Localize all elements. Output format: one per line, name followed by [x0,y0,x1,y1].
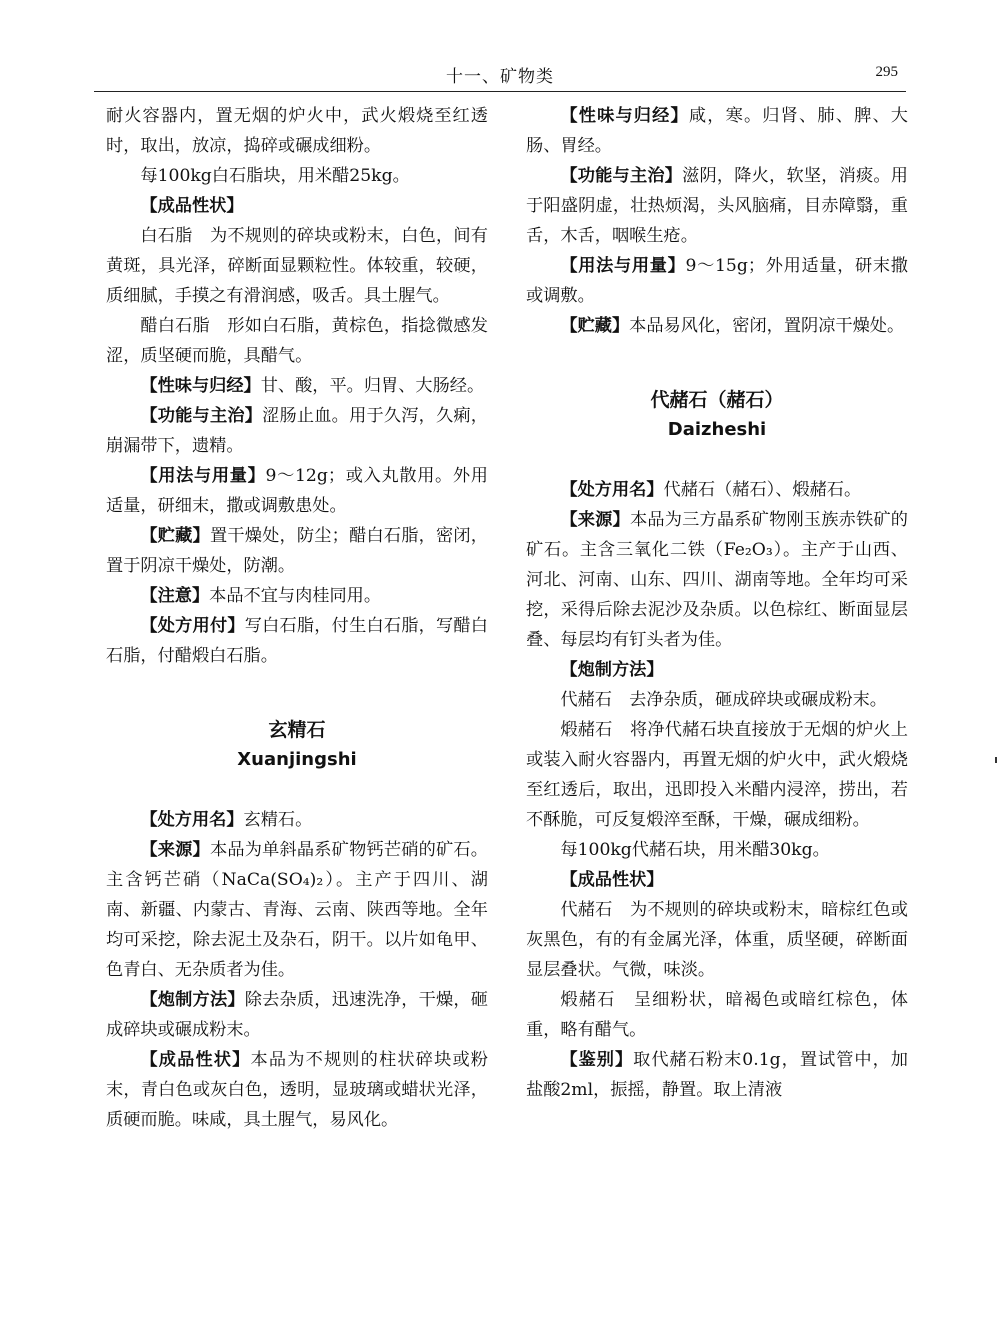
label: 【处方用付】 [140,616,244,636]
header-rule [94,91,906,92]
label: 【鉴别】 [560,1050,633,1070]
section-label: 【炮制方法】 [526,655,908,685]
label: 【处方用名】 [560,480,663,500]
running-head: 十一、矿物类 [100,62,900,87]
spacer [106,671,488,715]
paragraph: 【处方用名】代赭石（赭石）、煅赭石。 [526,475,908,505]
paragraph: 代赭石 去净杂质，砸成碎块或碾成粉末。 [526,685,908,715]
paragraph: 煅赭石 呈细粉状，暗褐色或暗红棕色，体重，略有醋气。 [526,985,908,1045]
text: 本品为三方晶系矿物刚玉族赤铁矿的矿石。主含三氧化二铁（Fe₂O₃）。主产于山西、… [526,510,908,650]
paragraph: 【注意】本品不宜与肉桂同用。 [106,581,488,611]
entry-pinyin: Xuanjingshi [106,745,488,775]
label: 【性味与归经】 [140,376,260,396]
paragraph: 【成品性状】本品为不规则的柱状碎块或粉末，青白色或灰白色，透明，显玻璃或蜡状光泽… [106,1045,488,1135]
right-column: 【性味与归经】咸，寒。归肾、肺、脾、大肠、胃经。 【功能与主治】滋阴，降火，软坚… [526,101,908,1105]
label: 【功能与主治】 [140,406,262,426]
spacer [526,445,908,475]
section-label: 【成品性状】 [106,191,488,221]
label: 【成品性状】 [140,1050,250,1070]
label: 【用法与用量】 [140,466,265,486]
label: 【性味与归经】 [560,106,689,126]
spacer [106,775,488,805]
label: 【来源】 [140,840,210,860]
paragraph: 【来源】本品为单斜晶系矿物钙芒硝的矿石。主含钙芒硝（NaCa(SO₄)₂）。主产… [106,835,488,985]
scan-edge-mark [995,757,997,763]
paragraph: 【功能与主治】滋阴，降火，软坚，消痰。用于阳盛阴虚，壮热烦渴，头风脑痛，目赤障翳… [526,161,908,251]
paragraph: 每100kg白石脂块，用米醋25kg。 [106,161,488,191]
label: 【成品性状】 [140,196,243,216]
text: 本品易风化，密闭，置阴凉干燥处。 [629,316,904,336]
section-label: 【成品性状】 [526,865,908,895]
entry-title: 玄精石 [106,715,488,745]
paragraph: 耐火容器内，置无烟的炉火中，武火煅烧至红透时，取出，放凉，捣碎或碾成细粉。 [106,101,488,161]
paragraph: 代赭石 为不规则的碎块或粉末，暗棕红色或灰黑色，有的有金属光泽，体重，质坚硬，碎… [526,895,908,985]
page-number: 295 [876,64,899,81]
label: 【注意】 [140,586,209,606]
paragraph: 【炮制方法】除去杂质，迅速洗净，干燥，砸成碎块或碾成粉末。 [106,985,488,1045]
entry-title: 代赭石（赭石） [526,385,908,415]
text: 代赭石（赭石）、煅赭石。 [664,480,862,500]
paragraph: 【鉴别】取代赭石粉末0.1g，置试管中，加盐酸2ml，振摇，静置。取上清液 [526,1045,908,1105]
paragraph: 【用法与用量】9～15g；外用适量，研末撒或调敷。 [526,251,908,311]
paragraph: 【性味与归经】咸，寒。归肾、肺、脾、大肠、胃经。 [526,101,908,161]
label: 【处方用名】 [140,810,243,830]
text: 甘、酸，平。归胃、大肠经。 [261,376,484,396]
label: 【炮制方法】 [560,660,663,680]
spacer [526,341,908,385]
paragraph: 【贮藏】本品易风化，密闭，置阴凉干燥处。 [526,311,908,341]
paragraph: 【性味与归经】甘、酸，平。归胃、大肠经。 [106,371,488,401]
label: 【功能与主治】 [560,166,682,186]
text: 本品不宜与肉桂同用。 [209,586,381,606]
left-column: 耐火容器内，置无烟的炉火中，武火煅烧至红透时，取出，放凉，捣碎或碾成细粉。 每1… [106,101,488,1135]
paragraph: 【来源】本品为三方晶系矿物刚玉族赤铁矿的矿石。主含三氧化二铁（Fe₂O₃）。主产… [526,505,908,655]
paragraph: 【处方用付】写白石脂，付生白石脂，写醋白石脂，付醋煅白石脂。 [106,611,488,671]
paragraph: 煅赭石 将净代赭石块直接放于无烟的炉火上或装入耐火容器内，再置无烟的炉火中，武火… [526,715,908,835]
paragraph: 【处方用名】玄精石。 [106,805,488,835]
paragraph: 【贮藏】置干燥处，防尘；醋白石脂，密闭，置于阴凉干燥处，防潮。 [106,521,488,581]
text: 玄精石。 [244,810,313,830]
text: 本品为单斜晶系矿物钙芒硝的矿石。主含钙芒硝（NaCa(SO₄)₂）。主产于四川、… [106,840,488,980]
label: 【用法与用量】 [560,256,685,276]
label: 【贮藏】 [140,526,210,546]
paragraph: 【用法与用量】9～12g；或入丸散用。外用适量，研细末，撒或调敷患处。 [106,461,488,521]
entry-pinyin: Daizheshi [526,415,908,445]
page-header: 十一、矿物类 295 [100,58,900,92]
label: 【贮藏】 [560,316,629,336]
paragraph: 白石脂 为不规则的碎块或粉末，白色，间有黄斑，具光泽，碎断面显颗粒性。体较重，较… [106,221,488,311]
paragraph: 每100kg代赭石块，用米醋30kg。 [526,835,908,865]
label: 【炮制方法】 [140,990,244,1010]
label: 【成品性状】 [560,870,663,890]
paragraph: 醋白石脂 形如白石脂，黄棕色，指捻微感发涩，质坚硬而脆，具醋气。 [106,311,488,371]
paragraph: 【功能与主治】涩肠止血。用于久泻，久痢，崩漏带下，遗精。 [106,401,488,461]
label: 【来源】 [560,510,630,530]
